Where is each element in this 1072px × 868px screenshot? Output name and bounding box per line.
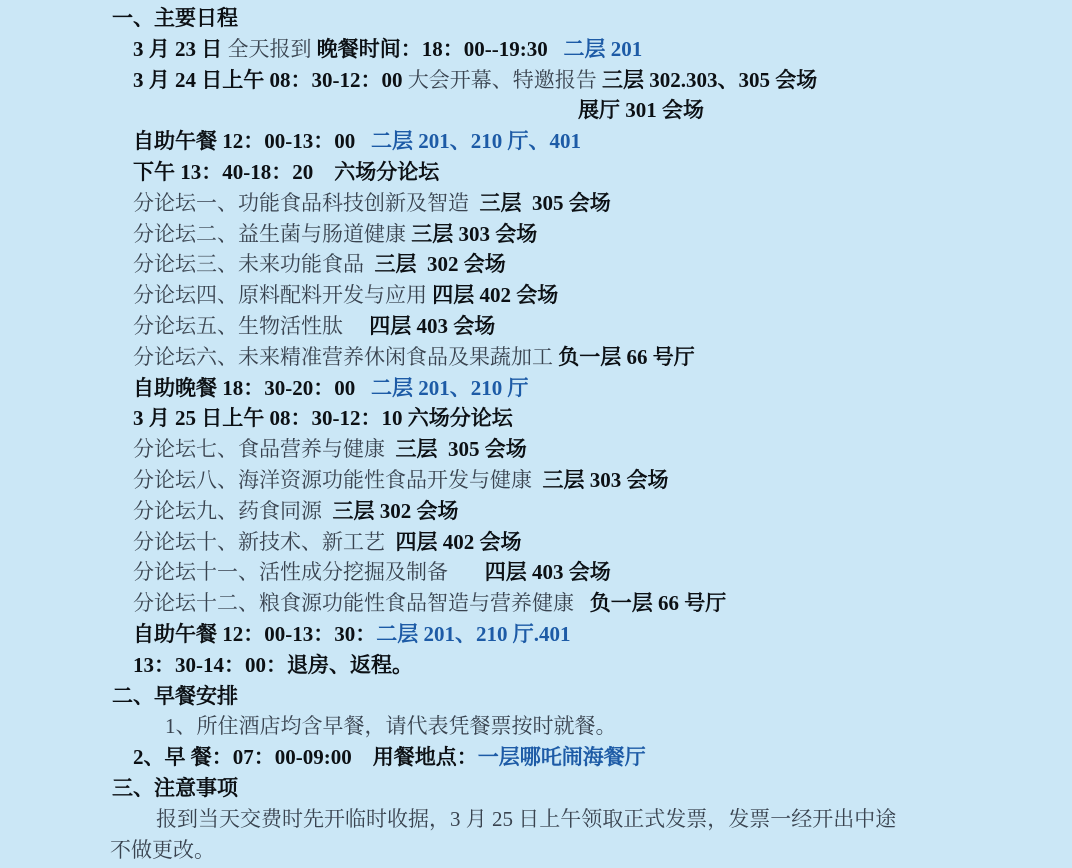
forum-4-venue: 四层 402 会场 [432, 283, 558, 307]
allday-checkin-text: 全天报到 [228, 37, 317, 61]
forum-10-venue: 四层 402 会场 [396, 530, 522, 554]
checkout-return-text: 13：30-14：00：退房、返程。 [133, 653, 413, 677]
schedule-line-afternoon-forums: 下午 13：40-18：20 六场分论坛 [0, 157, 1072, 188]
forum-6-venue: 负一层 66 号厅 [558, 345, 695, 369]
forum-8-topic: 分论坛八、海洋资源功能性食品开发与健康 [133, 468, 543, 492]
forum-line-12: 分论坛十二、粮食源功能性食品智造与营养健康 负一层 66 号厅 [0, 588, 1072, 619]
forum-9-venue: 三层 302 会场 [333, 499, 459, 523]
notice-paragraph-line-1: 报到当天交费时先开临时收据，3 月 25 日上午领取正式发票，发票一经开出中途 [0, 804, 1072, 835]
forum-3-venue: 三层 302 会场 [375, 252, 506, 276]
breakfast-note-2: 2、早 餐：07：00-09:00 用餐地点：一层哪吒闹海餐厅 [0, 742, 1072, 773]
breakfast-time-text: 2、早 餐：07：00-09:00 用餐地点： [133, 745, 478, 769]
date-march25-forums-text: 3 月 25 日上午 08：30-12：10 六场分论坛 [133, 406, 513, 430]
forum-line-5: 分论坛五、生物活性肽 四层 403 会场 [0, 311, 1072, 342]
forum-9-topic: 分论坛九、药食同源 [133, 499, 333, 523]
schedule-line-exhibit-hall: 展厅 301 会场 [0, 95, 1072, 126]
forum-8-venue: 三层 303 会场 [543, 468, 669, 492]
date-march24-time: 3 月 24 日上午 08：30-12：00 [133, 68, 408, 92]
lunch-venue-blue: 二层 201、210 厅、401 [355, 129, 581, 153]
opening-venue-text: 三层 302.303、305 会场 [602, 68, 817, 92]
forum-line-6: 分论坛六、未来精准营养休闲食品及果蔬加工 负一层 66 号厅 [0, 342, 1072, 373]
lunch-time-text: 自助午餐 12：00-13：00 [133, 129, 355, 153]
forum-4-topic: 分论坛四、原料配料开发与应用 [133, 283, 432, 307]
schedule-line-dinner-24: 自助晚餐 18：30-20：00 二层 201、210 厅 [0, 373, 1072, 404]
forum-7-topic: 分论坛七、食品营养与健康 [133, 437, 396, 461]
lunch-25-venue-blue: 二层 201、210 厅.401 [376, 622, 570, 646]
schedule-line-march23: 3 月 23 日 全天报到 晚餐时间：18：00--19:30 二层 201 [0, 34, 1072, 65]
forum-10-topic: 分论坛十、新技术、新工艺 [133, 530, 396, 554]
section-2-heading-text: 二、早餐安排 [112, 684, 238, 708]
forum-6-topic: 分论坛六、未来精准营养休闲食品及果蔬加工 [133, 345, 558, 369]
schedule-line-checkout: 13：30-14：00：退房、返程。 [0, 650, 1072, 681]
forum-line-7: 分论坛七、食品营养与健康 三层 305 会场 [0, 434, 1072, 465]
forum-5-topic: 分论坛五、生物活性肽 [133, 314, 369, 338]
section-2-heading: 二、早餐安排 [0, 681, 1072, 712]
forum-1-venue: 三层 305 会场 [480, 191, 611, 215]
section-1-heading-text: 一、主要日程 [112, 6, 238, 30]
section-3-heading-text: 三、注意事项 [112, 776, 238, 800]
schedule-line-lunch-24: 自助午餐 12：00-13：00 二层 201、210 厅、401 [0, 126, 1072, 157]
opening-ceremony-text: 大会开幕、特邀报告 [408, 68, 602, 92]
forum-11-venue: 四层 403 会场 [485, 560, 611, 584]
forum-line-10: 分论坛十、新技术、新工艺 四层 402 会场 [0, 527, 1072, 558]
dinner-venue-blue: 二层 201 [548, 37, 643, 61]
breakfast-note-1: 1、所住酒店均含早餐，请代表凭餐票按时就餐。 [0, 711, 1072, 742]
breakfast-note-1-text: 1、所住酒店均含早餐，请代表凭餐票按时就餐。 [165, 714, 617, 738]
forum-line-9: 分论坛九、药食同源 三层 302 会场 [0, 496, 1072, 527]
schedule-line-march24-morning: 3 月 24 日上午 08：30-12：00 大会开幕、特邀报告 三层 302.… [0, 65, 1072, 96]
forum-5-venue: 四层 403 会场 [369, 314, 495, 338]
notice-paragraph-line-2: 不做更改。 [0, 835, 1072, 866]
forum-line-8: 分论坛八、海洋资源功能性食品开发与健康 三层 303 会场 [0, 465, 1072, 496]
forum-3-topic: 分论坛三、未来功能食品 [133, 252, 375, 276]
forum-2-venue: 三层 303 会场 [411, 222, 537, 246]
date-march23: 3 月 23 日 [133, 37, 228, 61]
dinner-buffet-time-text: 自助晚餐 18：30-20：00 [133, 376, 355, 400]
schedule-document-page: 一、主要日程 3 月 23 日 全天报到 晚餐时间：18：00--19:30 二… [0, 0, 1072, 868]
forum-line-3: 分论坛三、未来功能食品 三层 302 会场 [0, 249, 1072, 280]
breakfast-venue-blue: 一层哪吒闹海餐厅 [478, 745, 646, 769]
exhibit-hall-venue-text: 展厅 301 会场 [578, 98, 704, 122]
notice-text-2: 不做更改。 [110, 838, 215, 862]
notice-text-1: 报到当天交费时先开临时收据，3 月 25 日上午领取正式发票，发票一经开出中途 [156, 807, 896, 831]
forum-11-topic: 分论坛十一、活性成分挖掘及制备 [133, 560, 485, 584]
forum-7-venue: 三层 305 会场 [396, 437, 527, 461]
forum-line-1: 分论坛一、功能食品科技创新及智造 三层 305 会场 [0, 188, 1072, 219]
forum-12-topic: 分论坛十二、粮食源功能性食品智造与营养健康 [133, 591, 590, 615]
forum-12-venue: 负一层 66 号厅 [590, 591, 727, 615]
forum-1-topic: 分论坛一、功能食品科技创新及智造 [133, 191, 480, 215]
afternoon-forums-text: 下午 13：40-18：20 六场分论坛 [133, 160, 439, 184]
forum-line-2: 分论坛二、益生菌与肠道健康 三层 303 会场 [0, 219, 1072, 250]
forum-line-11: 分论坛十一、活性成分挖掘及制备 四层 403 会场 [0, 557, 1072, 588]
section-3-heading: 三、注意事项 [0, 773, 1072, 804]
forum-line-4: 分论坛四、原料配料开发与应用 四层 402 会场 [0, 280, 1072, 311]
dinner-buffet-venue-blue: 二层 201、210 厅 [355, 376, 528, 400]
section-1-heading: 一、主要日程 [0, 3, 1072, 34]
schedule-line-lunch-25: 自助午餐 12：00-13：30：二层 201、210 厅.401 [0, 619, 1072, 650]
schedule-line-march25-morning: 3 月 25 日上午 08：30-12：10 六场分论坛 [0, 403, 1072, 434]
forum-2-topic: 分论坛二、益生菌与肠道健康 [133, 222, 411, 246]
dinner-time-text: 晚餐时间：18：00--19:30 [317, 37, 548, 61]
lunch-25-time-text: 自助午餐 12：00-13：30： [133, 622, 376, 646]
